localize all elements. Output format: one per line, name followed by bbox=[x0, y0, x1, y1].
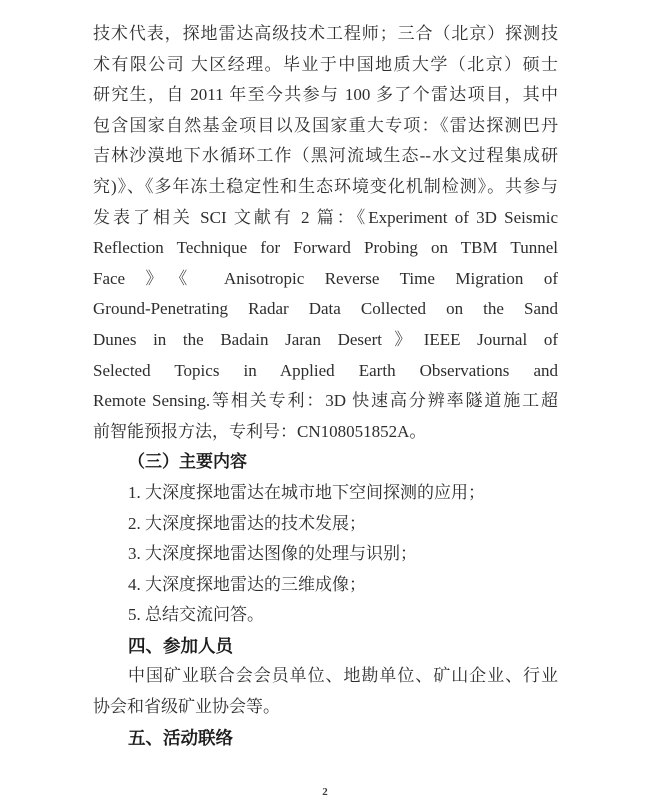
list-item-3: 3. 大深度探地雷达图像的处理与识别； bbox=[93, 539, 558, 570]
document-page: 技术代表，探地雷达高级技术工程师；三合（北京）探测技 术有限公司 大区经理。毕业… bbox=[0, 0, 650, 808]
list-item-2: 2. 大深度探地雷达的技术发展； bbox=[93, 509, 558, 540]
body-line: 发表了相关 SCI 文献有 2 篇：《Experiment of 3D Seis… bbox=[93, 203, 558, 234]
body-line: 技术代表，探地雷达高级技术工程师；三合（北京）探测技 bbox=[93, 19, 558, 50]
body-line: 吉林沙漠地下水循环工作（黑河流域生态--水文过程集成研 bbox=[93, 141, 558, 172]
list-item-1: 1. 大深度探地雷达在城市地下空间探测的应用； bbox=[93, 478, 558, 509]
body-line: 包含国家自然基金项目以及国家重大专项：《雷达探测巴丹 bbox=[93, 111, 558, 142]
body-line: Face 》《 Anisotropic Reverse Time Migrati… bbox=[93, 264, 558, 295]
body-line: Dunes in the Badain Jaran Desert》IEEE Jo… bbox=[93, 325, 558, 356]
body-line: 中国矿业联合会会员单位、地勘单位、矿山企业、行业 bbox=[93, 661, 558, 692]
body-line: Reflection Technique for Forward Probing… bbox=[93, 233, 558, 264]
body-line: 协会和省级矿业协会等。 bbox=[93, 692, 558, 723]
body-line: 前智能预报方法，专利号：CN108051852A。 bbox=[93, 417, 558, 448]
body-line: Selected Topics in Applied Earth Observa… bbox=[93, 356, 558, 387]
page-number: 2 bbox=[0, 786, 650, 798]
body-line: 究)》、《多年冻土稳定性和生态环境变化机制检测》。共参与 bbox=[93, 172, 558, 203]
list-item-4: 4. 大深度探地雷达的三维成像； bbox=[93, 570, 558, 601]
section-heading-main-content: （三）主要内容 bbox=[93, 447, 558, 478]
section-heading-activity-contact: 五、活动联络 bbox=[93, 723, 558, 754]
list-item-5: 5. 总结交流问答。 bbox=[93, 600, 558, 631]
body-line: Remote Sensing.等相关专利：3D 快速高分辨率隧道施工超 bbox=[93, 386, 558, 417]
body-line: 研究生，自 2011 年至今共参与 100 多了个雷达项目，其中 bbox=[93, 80, 558, 111]
body-line: Ground-Penetrating Radar Data Collected … bbox=[93, 294, 558, 325]
page-body: 技术代表，探地雷达高级技术工程师；三合（北京）探测技 术有限公司 大区经理。毕业… bbox=[93, 19, 558, 753]
body-line: 术有限公司 大区经理。毕业于中国地质大学（北京）硕士 bbox=[93, 50, 558, 81]
section-heading-participants: 四、参加人员 bbox=[93, 631, 558, 662]
